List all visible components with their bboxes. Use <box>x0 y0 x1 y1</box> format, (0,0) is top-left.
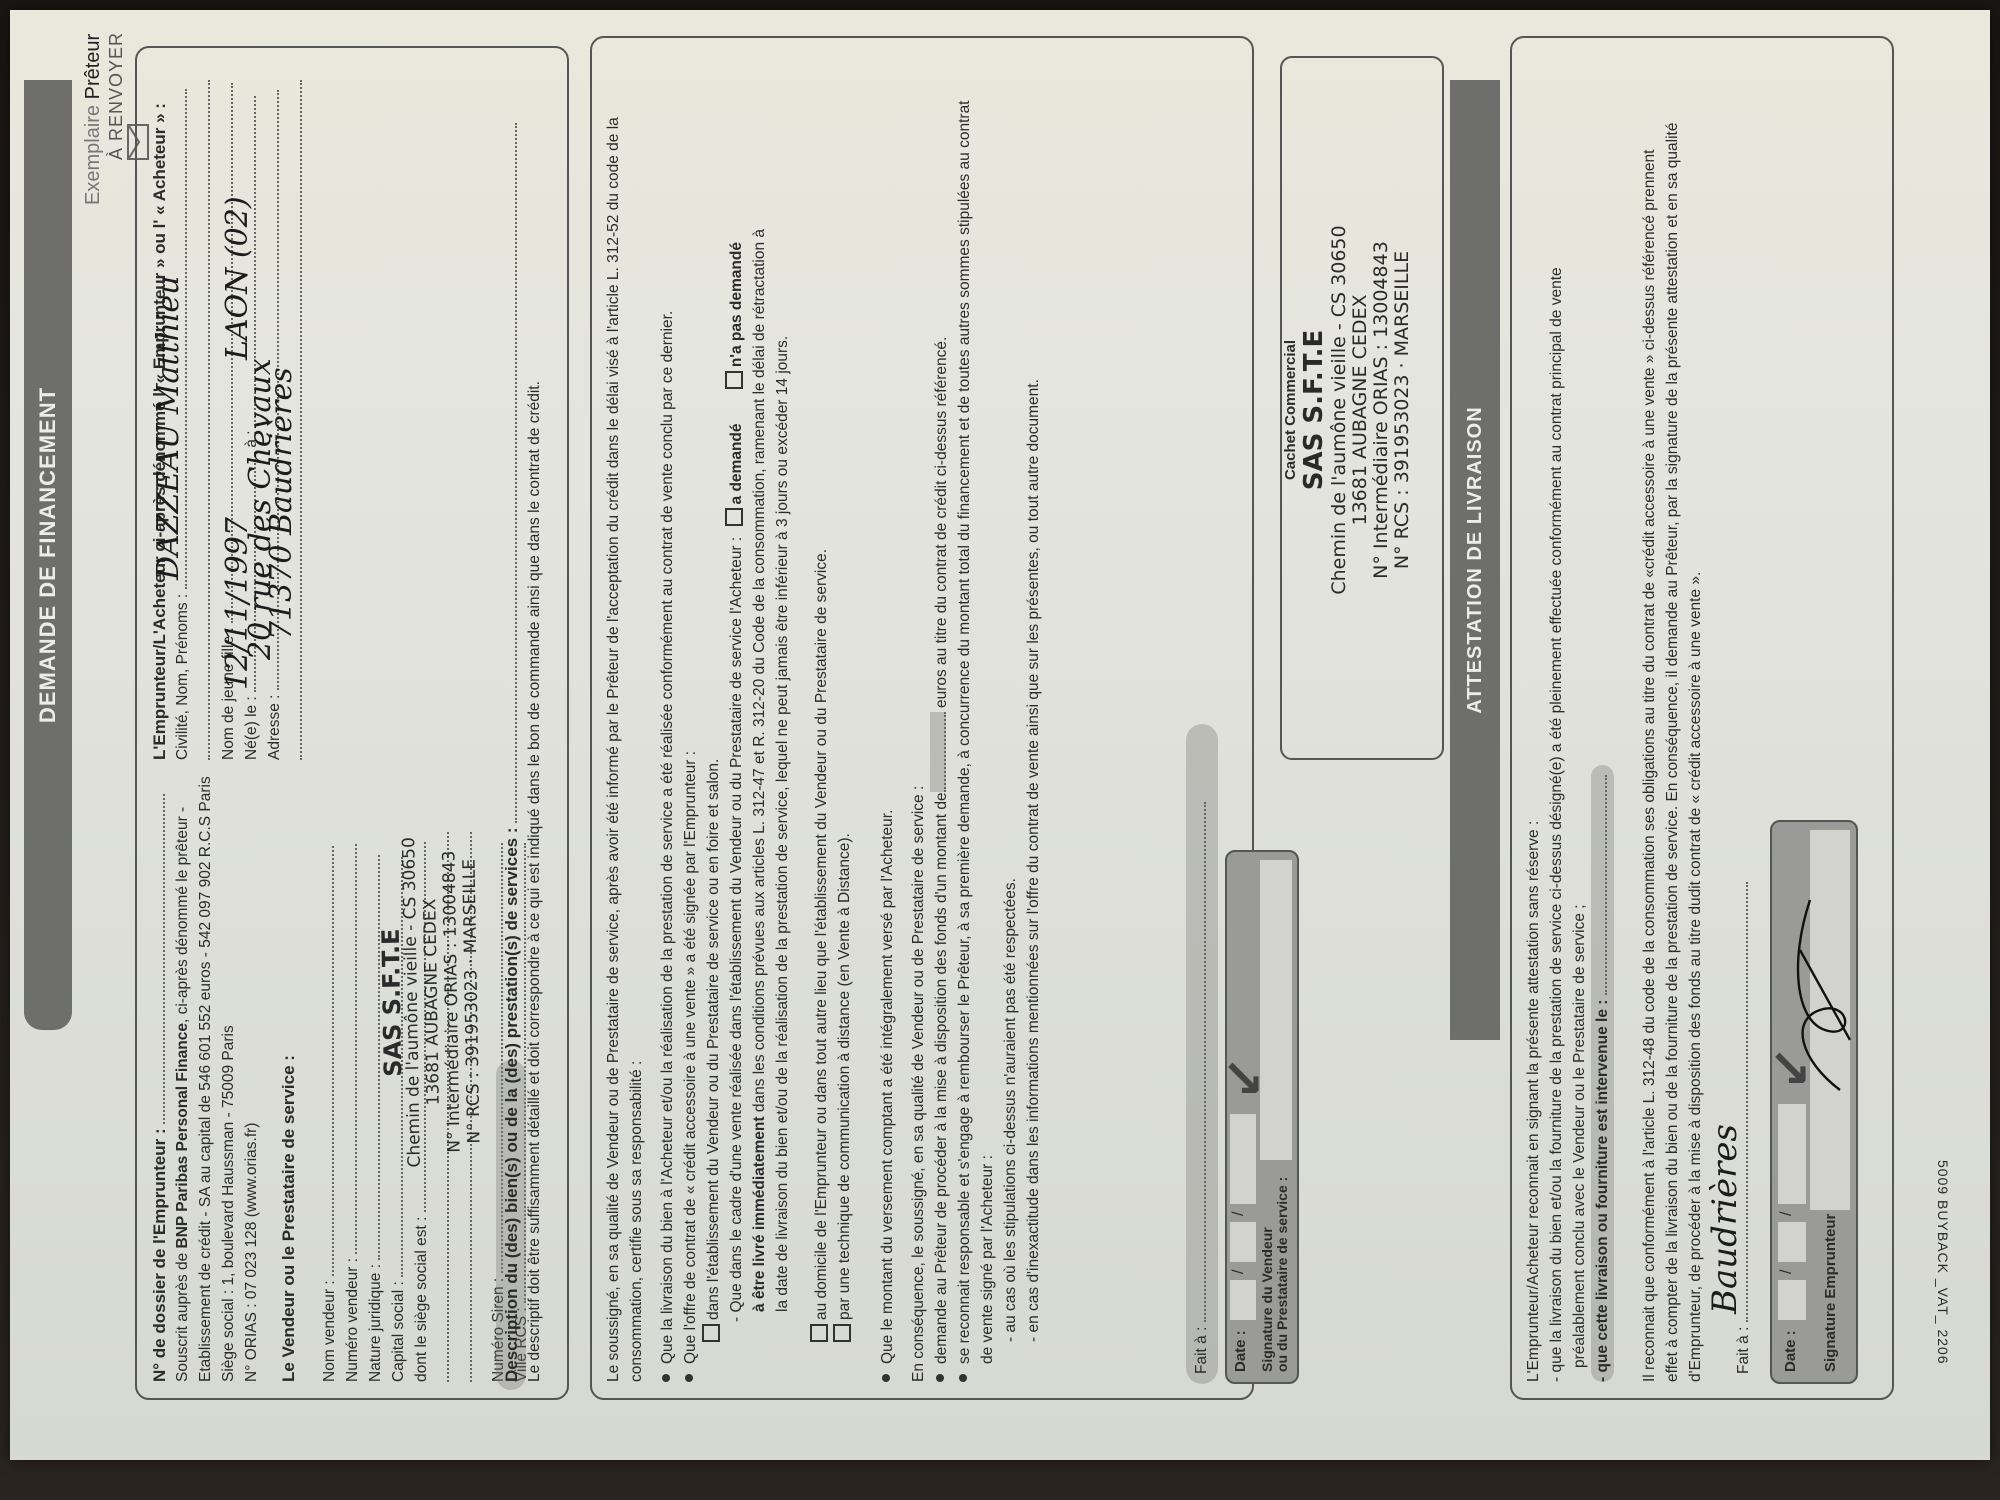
amount-field[interactable] <box>930 712 946 792</box>
bullet-icon <box>662 1374 670 1382</box>
vendor-fait-field[interactable]: Fait à : <box>1190 802 1213 1374</box>
attestation-text: L'Emprunteur/Acheteur reconnait en signa… <box>1522 62 1707 1382</box>
vendor-heading: Le Vendeur ou le Prestataire de service … <box>277 776 300 1382</box>
description-field[interactable]: Description du (des) bien(s) ou de la (d… <box>500 123 523 1382</box>
checkbox-at-home[interactable] <box>810 1324 828 1342</box>
form-reference-code: 5009 BUYBACK _VAT_ 2206 <box>1935 1160 1951 1365</box>
borrower-date-label: Date : <box>1782 1330 1799 1372</box>
bullet-icon <box>936 1374 944 1382</box>
form-title-banner: DEMANDE DE FINANCEMENT <box>24 80 72 1030</box>
lender-capital: Etablissement de crédit - SA au capital … <box>194 776 217 1382</box>
borrower-fait-value: Baudrières <box>1714 1124 1737 1314</box>
bullet-icon <box>685 1374 693 1382</box>
lender-address: Siège social : 1, boulevard Haussman - 7… <box>217 776 240 1382</box>
bullet-icon <box>959 1374 967 1382</box>
vendor-name-field[interactable]: Nom vendeur : <box>318 802 341 1382</box>
vendor-number-field[interactable]: Numéro vendeur : <box>341 802 364 1382</box>
borrower-birth-place: LAON (02) <box>226 196 249 360</box>
checkbox-not-asked-immediate-delivery[interactable] <box>725 371 743 389</box>
attestation-title-banner: ATTESTATION DE LIVRAISON <box>1450 80 1500 1040</box>
borrower-date-year[interactable] <box>1778 1104 1806 1204</box>
vendor-date-day[interactable] <box>1230 1280 1256 1320</box>
arrow-down-left-icon: ↙ <box>1215 1056 1275 1100</box>
borrower-address-line2: 71370 Baudrières <box>270 367 293 640</box>
vendor-stamp: SAS S.F.T.E Chemin de l'aumône vieille -… <box>379 811 486 1193</box>
borrower-fait-field[interactable]: Fait à : Baudrières <box>1732 882 1755 1374</box>
dossier-label: N° de dossier de l'Emprunteur : <box>150 1128 169 1382</box>
lender-orias: N° ORIAS : 07 023 128 (www.orias.fr) <box>240 776 263 1382</box>
borrower-date-day[interactable] <box>1778 1280 1806 1320</box>
description-note: Le descriptif doit être suffisamment dét… <box>523 123 546 1382</box>
vendor-signature-field[interactable] <box>1260 860 1292 1160</box>
checkbox-asked-immediate-delivery[interactable] <box>725 508 743 526</box>
checkbox-distance-sale[interactable] <box>833 1324 851 1342</box>
borrower-block: L'Emprunteur/L'Acheteur ci-après dénommé… <box>148 60 309 760</box>
description-block: Description du (des) bien(s) ou de la (d… <box>500 123 546 1382</box>
borrower-signature-label: Signature Emprunteur : <box>1822 1204 1839 1372</box>
certification-text: Le soussigné, en sa qualité de Vendeur o… <box>602 62 1045 1382</box>
vendor-signature-label: Signature du Vendeur ou du Prestataire d… <box>1260 1177 1290 1372</box>
lender-block: N° de dossier de l'Emprunteur : Souscrit… <box>148 776 300 1382</box>
borrower-name-field[interactable]: Civilité, Nom, Prénoms : DAZZEAU Matthie… <box>171 60 194 760</box>
borrower-date-month[interactable] <box>1778 1222 1806 1262</box>
borrower-signature <box>1780 880 1860 1100</box>
financing-request-form: DEMANDE DE FINANCEMENT Exemplaire Prêteu… <box>10 10 1990 1460</box>
vendor-date-month[interactable] <box>1230 1222 1256 1262</box>
borrower-name-value: DAZZEAU Matthieu <box>157 276 180 581</box>
copy-label: Exemplaire Prêteur <box>82 34 105 205</box>
checkbox-in-store[interactable] <box>702 1324 720 1342</box>
bullet-icon <box>882 1374 890 1382</box>
vendor-date-label: Date : <box>1232 1330 1249 1372</box>
attestation-title: ATTESTATION DE LIVRAISON <box>1464 406 1487 713</box>
delivery-date-field[interactable]: - que cette livraison ou fourniture est … <box>1591 765 1614 1382</box>
form-title: DEMANDE DE FINANCEMENT <box>35 387 61 723</box>
cachet-stamp: Cachet Commercial SAS S.F.T.E Chemin de … <box>1282 60 1413 760</box>
vendor-date-year[interactable] <box>1230 1114 1256 1204</box>
